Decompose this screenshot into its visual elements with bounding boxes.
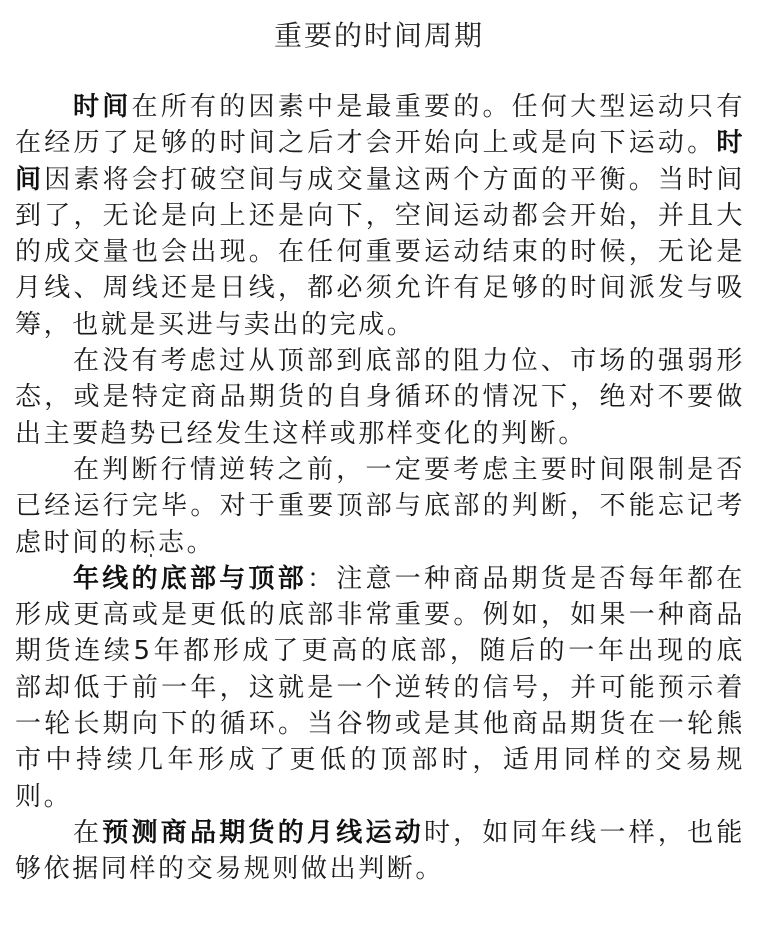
bold-term: 年线的底部与顶部 [73,564,307,594]
paragraph-reversal: 在判断行情逆转之前，一定要考虑主要时间限制是否已经运行完毕。对于重要顶部与底部的… [15,452,745,561]
paragraph-text: 因素将会打破空间与成交量这两个方面的平衡。当时间到了，无论是向上还是向下，空间运… [15,165,745,340]
paragraph-text: 在 [73,818,102,848]
bold-term: 时间 [73,92,132,122]
paragraph-time-importance: 时间在所有的因素中是最重要的。任何大型运动只有在经历了足够的时间之后才会开始向上… [15,89,745,343]
paragraph-trend-change: 在没有考虑过从顶部到底部的阻力位、市场的强弱形态，或是特定商品期货的自身循环的情… [15,343,745,452]
paragraph-text: ：注意一种商品期货是否每年都在形成更高或是更低的底部非常重要。例如，如果一种商品… [15,564,745,812]
paragraph-text: 在没有考虑过从顶部到底部的阻力位、市场的强弱形态，或是特定商品期货的自身循环的情… [15,346,745,449]
scan-speck [150,554,152,557]
paragraph-text: 在判断行情逆转之前，一定要考虑主要时间限制是否已经运行完毕。对于重要顶部与底部的… [15,455,745,558]
bold-term: 预测商品期货的月线运动 [102,818,424,848]
paragraph-yearly-bottoms-tops: 年线的底部与顶部：注意一种商品期货是否每年都在形成更高或是更低的底部非常重要。例… [15,561,745,815]
page-title: 重要的时间周期 [0,14,758,54]
paragraph-monthly-movement: 在预测商品期货的月线运动时，如同年线一样，也能够依据同样的交易规则做出判断。 [15,815,745,888]
document-body: 时间在所有的因素中是最重要的。任何大型运动只有在经历了足够的时间之后才会开始向上… [15,89,745,888]
